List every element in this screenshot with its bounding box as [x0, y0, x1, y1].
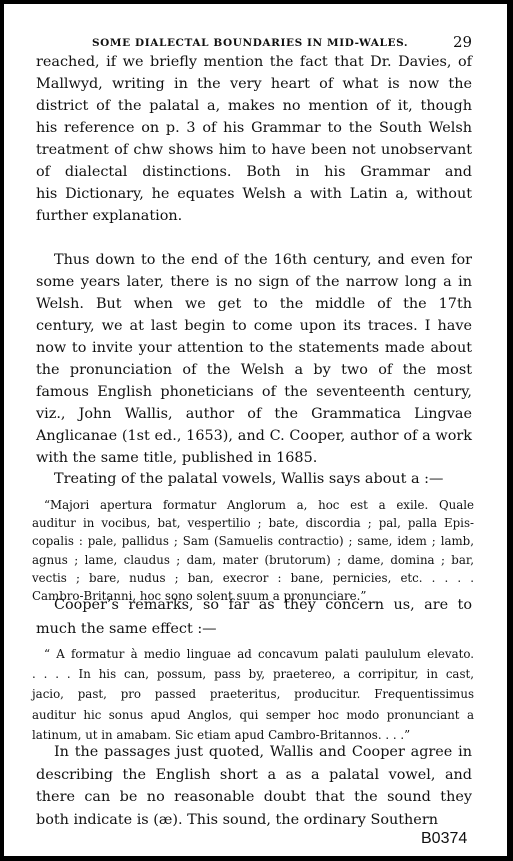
text-line: Thus down to the end of the 16th century…: [36, 249, 472, 271]
text-line: In the passages just quoted, Wallis and …: [36, 741, 472, 763]
text-line: treatment of chw shows him to have been …: [36, 139, 472, 161]
text-line: reached, if we briefly mention the fact …: [36, 51, 472, 73]
text-line: describing the English short a as a pala…: [36, 764, 472, 786]
text-line: the pronunciation of the Welsh a by two …: [36, 359, 472, 381]
text-line: Welsh. But when we get to the middle of …: [36, 293, 472, 315]
text-line: Anglicanae (1st ed., 1653), and C. Coope…: [36, 425, 472, 447]
archive-stamp: B0374: [421, 830, 467, 848]
text-line: of dialectal distinctions. Both in his G…: [36, 161, 472, 183]
text-line: much the same effect :—: [36, 618, 472, 640]
text-line: Mallwyd, writing in the very heart of wh…: [36, 73, 472, 95]
quote-line: auditur in vocibus, bat, vespertilio ; b…: [32, 514, 474, 532]
text-line: there can be no reasonable doubt that th…: [36, 786, 472, 808]
quote-line: auditur hic sonus apud Anglos, qui sempe…: [32, 706, 474, 724]
quote-line: vectis ; bare, nudus ; ban, execror : ba…: [32, 569, 474, 587]
text-line: further explanation.: [36, 205, 472, 227]
quote-line: agnus ; lame, claudus ; dam, mater (brut…: [32, 551, 474, 569]
text-line: both indicate is (æ). This sound, the or…: [36, 809, 472, 831]
text-line: now to invite your attention to the stat…: [36, 337, 472, 359]
text-line: his Dictionary, he equates Welsh a with …: [36, 183, 472, 205]
quote-line: jacio, past, pro passed praeteritus, pro…: [32, 685, 474, 703]
text-line: Treating of the palatal vowels, Wallis s…: [36, 468, 472, 490]
document-page: SOME DIALECTAL BOUNDARIES IN MID-WALES. …: [4, 4, 507, 856]
text-line: century, we at last begin to come upon i…: [36, 315, 472, 337]
text-line: famous English phoneticians of the seven…: [36, 381, 472, 403]
text-line: his reference on p. 3 of his Grammar to …: [36, 117, 472, 139]
quote-line: “Majori apertura formatur Anglorum a, ho…: [32, 496, 474, 514]
text-line: viz., John Wallis, author of the Grammat…: [36, 403, 472, 425]
quote-line: . . . . In his can, possum, pass by, pra…: [32, 665, 474, 683]
text-line: with the same title, published in 1685.: [36, 447, 472, 469]
quote-line: copalis : pale, pallidus ; Sam (Samuelis…: [32, 532, 474, 550]
page-number: 29: [453, 33, 472, 51]
text-line: district of the palatal a, makes no ment…: [36, 95, 472, 117]
quote-line: “ A formatur à medio linguae ad concavum…: [32, 645, 474, 663]
text-line: some years later, there is no sign of th…: [36, 271, 472, 293]
text-line: Cooper’s remarks, so far as they concern…: [36, 594, 472, 616]
running-title: SOME DIALECTAL BOUNDARIES IN MID-WALES.: [92, 37, 408, 49]
